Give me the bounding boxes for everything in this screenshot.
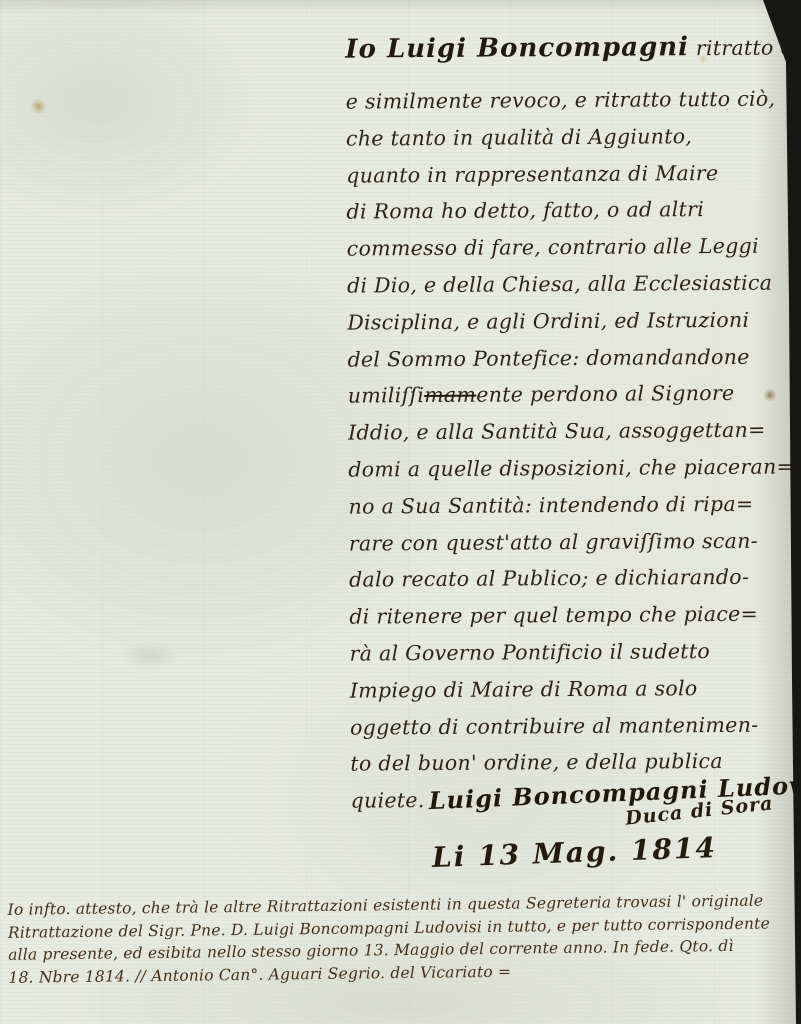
- closing-word: quiete.: [351, 788, 425, 813]
- letter-body: Io Luigi Boncompagni ritratto come sopra…: [345, 28, 801, 822]
- letter-line: Impiego di Maire di Roma a solo: [350, 669, 801, 709]
- letter-line: oggetto di contribuire al mantenimen-: [350, 706, 801, 746]
- letter-line: di ritenere per quel tempo che piace=: [349, 596, 801, 636]
- ink-stain: [30, 99, 47, 114]
- letter-line: no a Sua Santità: intendendo di ripa=: [348, 485, 800, 525]
- letter-line: che tanto in qualità di Aggiunto,: [346, 117, 798, 157]
- letter-line: del Sommo Pontefice: domandandone: [347, 338, 799, 378]
- letter-line: domi a quelle disposizioni, che piaceran…: [348, 448, 800, 488]
- scanned-document-page: Io Luigi Boncompagni ritratto come sopra…: [0, 0, 801, 1024]
- letter-line: rare con quest'atto al graviſſimo scan-: [349, 522, 801, 562]
- letter-line: Disciplina, e agli Ordini, ed Istruzioni: [347, 301, 799, 341]
- letter-line-with-correction: umiliſſimamente perdono al Signore: [348, 375, 800, 415]
- word-part: ente perdono al Signore: [476, 381, 734, 407]
- letter-line: quanto in rappresentanza di Maire: [346, 154, 798, 194]
- letter-line: rà al Governo Pontificio il sudetto: [349, 632, 801, 672]
- paper-discoloration: [120, 640, 180, 670]
- letter-line: Io Luigi Boncompagni ritratto come sopra…: [345, 28, 797, 83]
- opener-autograph: Io Luigi Boncompagni: [345, 32, 689, 64]
- word-part: umiliſſi: [348, 383, 425, 408]
- letter-line: di Dio, e della Chiesa, alla Ecclesiasti…: [347, 264, 799, 304]
- letter-line: e similmente revoco, e ritratto tutto ci…: [346, 80, 798, 120]
- top-edge-shadow: [0, 0, 801, 14]
- attestation-note: Io infto. attesto, che trà le altre Ritr…: [7, 889, 800, 989]
- letter-line: dalo recato al Publico; e dichiarando-: [349, 559, 801, 599]
- struck-word-part: mam: [424, 383, 476, 407]
- letter-line: di Roma ho detto, fatto, o ad altri: [346, 191, 798, 231]
- letter-line: commesso di fare, contrario alle Leggi: [347, 228, 799, 268]
- letter-line: Iddio, e alla Santità Sua, assoggettan=: [348, 412, 800, 452]
